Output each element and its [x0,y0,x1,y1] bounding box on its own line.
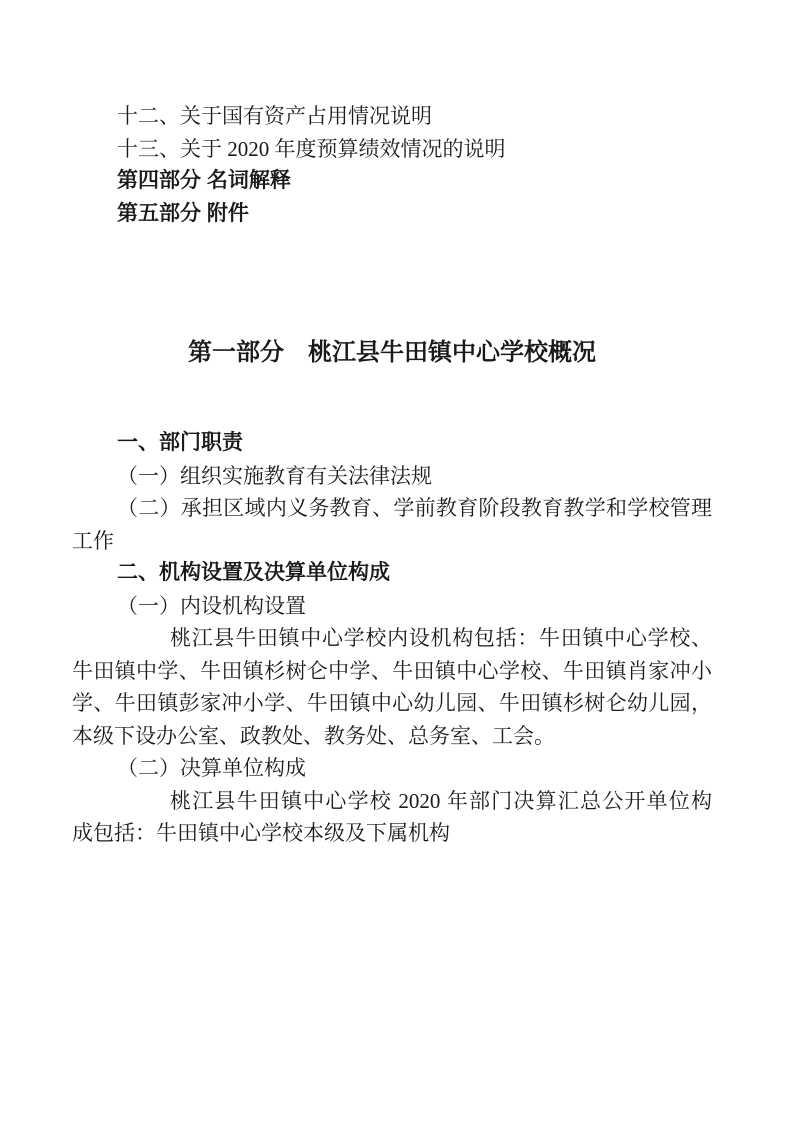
paragraph-duty-2-line1: （二）承担区域内义务教育、学前教育阶段教育教学和学校管理 [72,492,712,525]
paragraph-duty-2-line2: 工作 [72,525,712,558]
document-content: 十二、关于国有资产占用情况说明 十三、关于 2020 年度预算绩效情况的说明 第… [72,0,712,850]
paragraph-internal-org-line1: 桃江县牛田镇中心学校内设机构包括：牛田镇中心学校、 [72,622,712,655]
paragraph-duty-1: （一）组织实施教育有关法律法规 [72,460,712,493]
paragraph-internal-org-line2: 牛田镇中学、牛田镇杉树仑中学、牛田镇中心学校、牛田镇肖家冲小 [72,655,712,688]
heading-org-structure: 二、机构设置及决算单位构成 [72,557,712,590]
subheading-internal-org: （一）内设机构设置 [72,590,712,623]
paragraph-internal-org-line4: 本级下设办公室、政教处、教务处、总务室、工会。 [72,720,712,753]
subheading-unit-composition: （二）决算单位构成 [72,752,712,785]
heading-duties: 一、部门职责 [72,427,712,460]
paragraph-unit-composition-line1: 桃江县牛田镇中心学校 2020 年部门决算汇总公开单位构 [72,785,712,818]
toc-fragment: 十二、关于国有资产占用情况说明 十三、关于 2020 年度预算绩效情况的说明 第… [72,0,712,230]
paragraph-internal-org-line3: 学、牛田镇彭家冲小学、牛田镇中心幼儿园、牛田镇杉树仑幼儿园， [72,687,712,720]
toc-part4-heading: 第四部分 名词解释 [72,165,712,198]
part1-title: 第一部分 桃江县牛田镇中心学校概况 [72,333,712,373]
part1-body: 一、部门职责 （一）组织实施教育有关法律法规 （二）承担区域内义务教育、学前教育… [72,427,712,850]
document-page: 十二、关于国有资产占用情况说明 十三、关于 2020 年度预算绩效情况的说明 第… [0,0,793,1122]
paragraph-unit-composition-line2: 成包括：牛田镇中心学校本级及下属机构 [72,817,712,850]
toc-item-13: 十三、关于 2020 年度预算绩效情况的说明 [72,133,712,166]
toc-part5-heading: 第五部分 附件 [72,198,712,231]
toc-item-12: 十二、关于国有资产占用情况说明 [72,100,712,133]
